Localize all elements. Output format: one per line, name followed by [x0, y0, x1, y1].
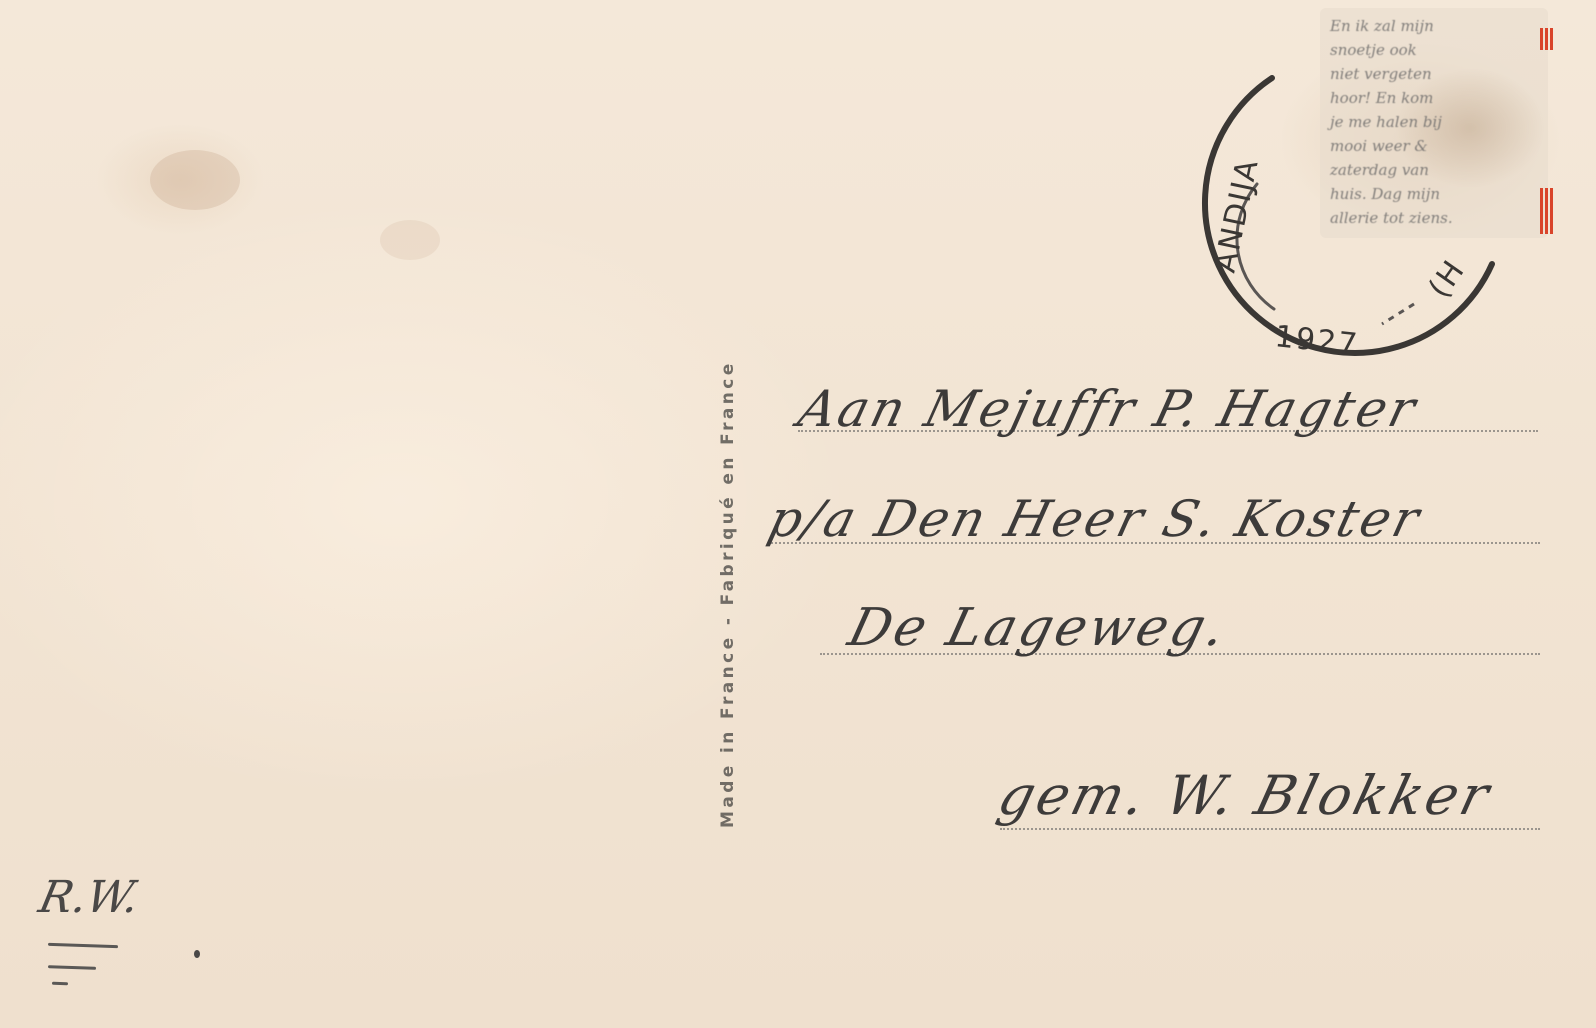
paper-stain	[150, 150, 240, 210]
postmark: ANDIJA (H 1927	[1182, 64, 1512, 384]
address-line-recipient: Aan Mejuffr P. Hagter	[793, 380, 1424, 438]
postcard-back: En ik zal mijn snoetje ook niet vergeten…	[0, 0, 1596, 1028]
initials-underline	[52, 982, 68, 986]
address-line-street: De Lageweg.	[843, 598, 1235, 658]
address-line-municipality: gem. W. Blokker	[992, 764, 1498, 827]
address-rule	[1000, 828, 1540, 830]
stamp-remnant-top	[1540, 28, 1554, 50]
paper-stain	[380, 220, 440, 260]
made-in-france-label: Made in France - Fabriqué en France	[718, 360, 738, 828]
corner-initials: R.W.	[35, 872, 144, 923]
pencil-note-line: En ik zal mijn	[1330, 14, 1540, 38]
stamp-remnant-bottom	[1540, 188, 1554, 234]
initials-underline	[48, 965, 96, 970]
initials-underline	[48, 943, 118, 948]
ink-dot	[194, 950, 200, 958]
postmark-circle-icon: ANDIJA (H 1927	[1182, 64, 1512, 384]
address-line-care-of: p/a Den Heer S. Koster	[763, 490, 1428, 548]
postmark-year: 1927	[1273, 319, 1361, 363]
postmark-suffix: (H	[1422, 253, 1473, 304]
postmark-town: ANDIJA	[1208, 155, 1266, 276]
pencil-note-line: snoetje ook	[1330, 38, 1540, 62]
